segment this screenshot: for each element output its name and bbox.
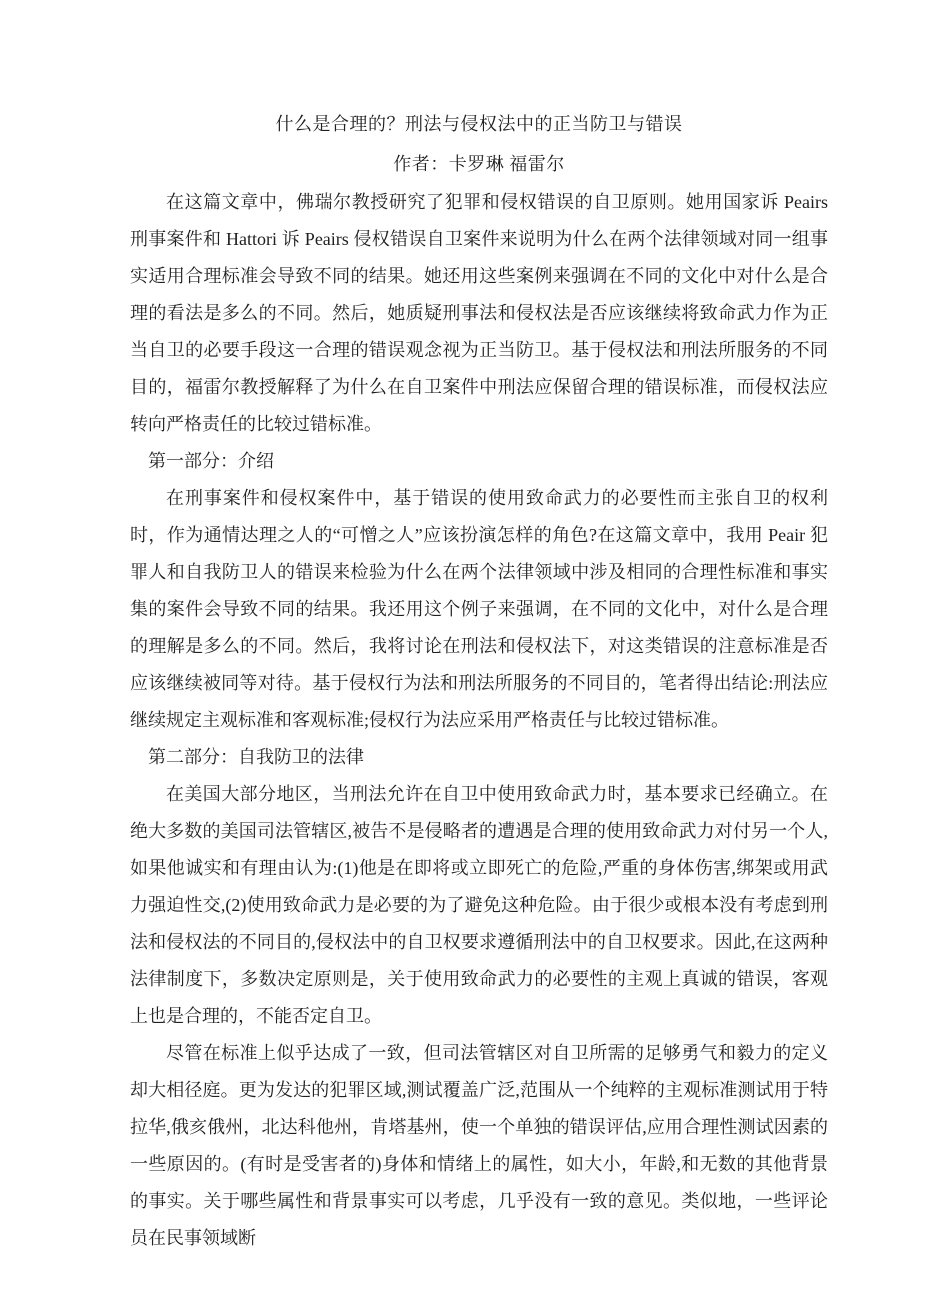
- paragraph-introduction: 在刑事案件和侵权案件中，基于错误的使用致命武力的必要性而主张自卫的权利时，作为通…: [130, 480, 828, 739]
- paragraph-self-defense-law: 在美国大部分地区，当刑法允许在自卫中使用致命武力时，基本要求已经确立。在绝大多数…: [130, 776, 828, 1035]
- document-title: 什么是合理的？刑法与侵权法中的正当防卫与错误: [130, 104, 828, 144]
- section-heading-part2: 第二部分：自我防卫的法律: [130, 739, 828, 776]
- section-heading-part1: 第一部分：介绍: [130, 443, 828, 480]
- paragraph-jurisdiction-standards: 尽管在标准上似乎达成了一致，但司法管辖区对自卫所需的足够勇气和毅力的定义却大相径…: [130, 1035, 828, 1257]
- author-line: 作者：卡罗琳 福雷尔: [130, 144, 828, 184]
- paragraph-abstract: 在这篇文章中，佛瑞尔教授研究了犯罪和侵权错误的自卫原则。她用国家诉 Peairs…: [130, 184, 828, 443]
- document-page: 什么是合理的？刑法与侵权法中的正当防卫与错误 作者：卡罗琳 福雷尔 在这篇文章中…: [0, 0, 926, 1309]
- document-content: 什么是合理的？刑法与侵权法中的正当防卫与错误 作者：卡罗琳 福雷尔 在这篇文章中…: [0, 0, 926, 1257]
